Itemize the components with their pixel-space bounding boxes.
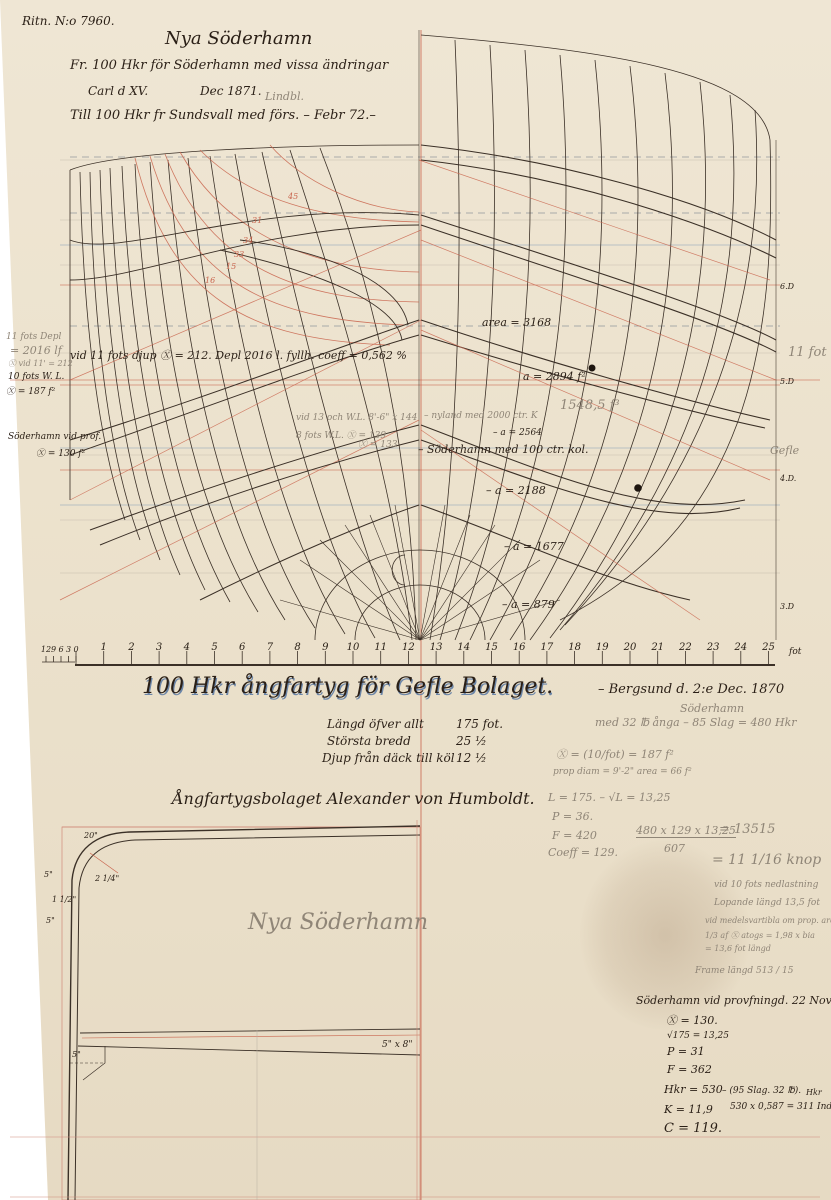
scale-tick-label: 4 (184, 642, 190, 653)
final-calc-row: F = 362 (667, 1063, 712, 1076)
blue-waterlines (60, 245, 780, 505)
calc-p: P = 36. (552, 810, 593, 823)
diagonal-label-3d: 3.D (780, 602, 794, 611)
dim-beam: 5" x 8" (382, 1040, 413, 1050)
scale-tick-label: 3 (156, 642, 162, 653)
calc-length: L = 175. – √L = 13,25 (548, 791, 671, 804)
depth-note-c: Ⓧ vid 11' = 212 (8, 358, 73, 369)
final-calc-heading: Söderhamn vid provfningd. 22 Nov 72 (636, 994, 831, 1007)
area-1677: – a = 1677 (504, 540, 564, 553)
dim-side-c: 5" (46, 916, 55, 925)
scale-left-tick-label: 3 (66, 645, 71, 654)
final-calc-row: K = 11,9 (664, 1103, 713, 1116)
red-wl-number: 45 (288, 192, 298, 201)
speed-note-a: vid 10 fots nedlastning (714, 880, 818, 890)
scale-ticks (46, 651, 769, 665)
scale-tick-label: 5 (211, 642, 217, 653)
speed-note-e: = 13,6 fot längd (705, 944, 771, 953)
scale-tick-label: 1 (101, 642, 107, 653)
pencil-note-e: 1548,5 f³ (560, 398, 620, 413)
spec-row-value: 25 ½ (456, 734, 487, 748)
speed-note-b: Lopande längd 13,5 fot (714, 898, 820, 908)
final-calc-row: Hkr = 530 (664, 1083, 723, 1096)
scale-tick-label: 17 (541, 642, 554, 653)
displacement-note: vid 11 fots djup Ⓧ = 212. Depl 2016 l. f… (70, 347, 407, 363)
spec-row-value: 175 fot. (456, 717, 503, 731)
red-wl-number: 15 (226, 262, 236, 271)
pencil-engine-note: med 32 ℔ ånga – 85 Slag = 480 Hkr (595, 716, 797, 729)
final-calc-aside-b: Hkr (806, 1088, 822, 1097)
red-wl-number: 34 (243, 236, 253, 245)
area-2564: – a = 2564 (493, 428, 542, 438)
diagonal-label-6d: 6.D (780, 282, 794, 291)
area-2894: a = 2894 f² (523, 370, 586, 383)
spec-row-value: 12 ½ (456, 751, 487, 765)
scale-tick-label: 25 (762, 642, 775, 653)
area-2188: – a = 2188 (486, 484, 546, 497)
scale-tick-label: 18 (568, 642, 581, 653)
final-calc-row: P = 31 (667, 1045, 705, 1058)
area-879: – a = 879 (502, 598, 555, 611)
scale-tick-label: 24 (734, 642, 747, 653)
keel-radials (280, 505, 560, 640)
calc-prop-diam: prop diam = 9'-2" area = 66 f² (553, 767, 692, 777)
midship-ship-name: Nya Söderhamn (248, 910, 428, 935)
scale-tick-label: 20 (624, 642, 637, 653)
drawing-number: Ritn. N:o 7960. (22, 14, 115, 28)
spec-row-label: Största bredd (327, 734, 411, 748)
depth-note-b: = 2016 lf (10, 344, 62, 357)
red-diagonals (60, 160, 776, 620)
speed-note-c: vid medelsvartibla om prop. area (705, 916, 831, 925)
speed-denominator: 607 (664, 842, 685, 855)
scale-tick-label: 6 (239, 642, 245, 653)
diagonal-label-5d: 5.D (780, 377, 794, 386)
note-line-1: Fr. 100 Hkr för Söderhamn med vissa ändr… (70, 58, 388, 73)
dim-bottom: 5" (72, 1050, 81, 1059)
scale-tick-label: 12 (402, 642, 415, 653)
scale-left-tick-label: 0 (73, 645, 78, 654)
pencil-note-d: – nyland med 2000 ctr. K (424, 411, 538, 421)
calc-f: F = 420 (552, 829, 597, 842)
scale-unit: fot (789, 647, 801, 657)
waterline-label-11fot: 11 fot (788, 345, 827, 360)
dim-top: 20" (84, 831, 98, 840)
wl-note-b: Ⓧ = 187 f² (6, 384, 55, 397)
waterline-label-gefle: Gefle (770, 444, 799, 457)
spec-title: 100 Hkr ångfartyg för Gefle Bolaget. (142, 674, 553, 699)
final-calc-aside-c: 530 x 0,587 = 311 Ind. (730, 1102, 831, 1112)
calc-area: Ⓧ = (10/fot) = 187 f² (556, 746, 674, 762)
scale-tick-label: 16 (513, 642, 526, 653)
scale-left-tick-label: 9 (51, 645, 56, 654)
calc-coeff: Coeff = 129. (548, 846, 618, 859)
soderhamn-coal-note: – Söderhamn med 100 ctr. kol. (418, 443, 589, 456)
note-line-2a: Carl d XV. (88, 84, 148, 98)
final-calc-row: Ⓧ = 130. (666, 1012, 718, 1028)
red-wl-number: 16 (205, 276, 215, 285)
scale-left-tick-label: 6 (58, 645, 63, 654)
dim-side-a: 5" (44, 870, 53, 879)
speed-result-a: = 13515 (719, 822, 775, 837)
speed-note-f: Frame längd 513 / 15 (695, 966, 793, 976)
scale-tick-label: 23 (707, 642, 720, 653)
pencil-soderhamn: Söderhamn (680, 702, 744, 715)
scale-tick-label: 2 (128, 642, 134, 653)
final-calc-row: C = 119. (664, 1121, 722, 1136)
dim-side-b: 1 1/2" (52, 895, 76, 904)
spec-row-label: Djup från däck till köl (322, 751, 455, 765)
final-calc-row: √175 = 13,25 (667, 1031, 729, 1041)
pencil-note-a: vid 13 och W.L. 8'-6" x 144 (296, 413, 417, 423)
aft-bilge-curves (70, 213, 419, 340)
speed-note-d: 1/3 af Ⓧ atogs = 1,98 x bia (705, 930, 815, 941)
area-3168: area = 3168 (482, 316, 551, 329)
dim-corner: 2 1/4" (95, 874, 119, 883)
red-wl-number: 31 (252, 216, 262, 225)
scale-left-tick-label: 12 (41, 645, 51, 654)
note-line-3: Till 100 Hkr fr Sundsvall med förs. – Fe… (70, 108, 376, 123)
note-line-2b: Dec 1871. (200, 84, 262, 98)
pencil-note-c: Ⓧ = 133 (358, 437, 397, 450)
scale-tick-label: 9 (322, 642, 328, 653)
red-waterlines (10, 285, 820, 470)
scale-tick-label: 7 (267, 642, 273, 653)
spec-place-date: – Bergsund d. 2:e Dec. 1870 (598, 682, 784, 697)
red-wl-number: 33 (234, 250, 244, 259)
soder-prof-a: Söderhamn vid prof. (8, 432, 101, 442)
ship-name-title: Nya Söderhamn (165, 28, 312, 49)
scale-tick-label: 19 (596, 642, 609, 653)
note-line-2c: Lindbl. (265, 90, 304, 103)
final-calc-aside-a: – (95 Slag. 32 ℔). (722, 1086, 801, 1096)
scale-tick-label: 13 (430, 642, 443, 653)
keel-arcs (315, 550, 525, 640)
wl-note-a: 10 fots W. L. (8, 372, 64, 382)
scale-tick-label: 15 (485, 642, 498, 653)
scale-tick-label: 14 (457, 642, 470, 653)
scale-tick-label: 11 (374, 642, 387, 653)
scale-tick-label: 21 (651, 642, 664, 653)
scale-tick-label: 8 (294, 642, 300, 653)
company-name: Ångfartygsbolaget Alexander von Humboldt… (172, 789, 535, 808)
speed-result-b: = 11 1/16 knop (712, 852, 821, 868)
spec-row-label: Längd öfver allt (327, 717, 424, 731)
diagonal-label-4d: 4.D. (780, 474, 796, 483)
scale-tick-label: 10 (347, 642, 360, 653)
soder-prof-b: Ⓧ = 130 f² (36, 446, 85, 459)
scale-tick-label: 22 (679, 642, 692, 653)
depth-note-a: 11 fots Depl (6, 332, 61, 342)
